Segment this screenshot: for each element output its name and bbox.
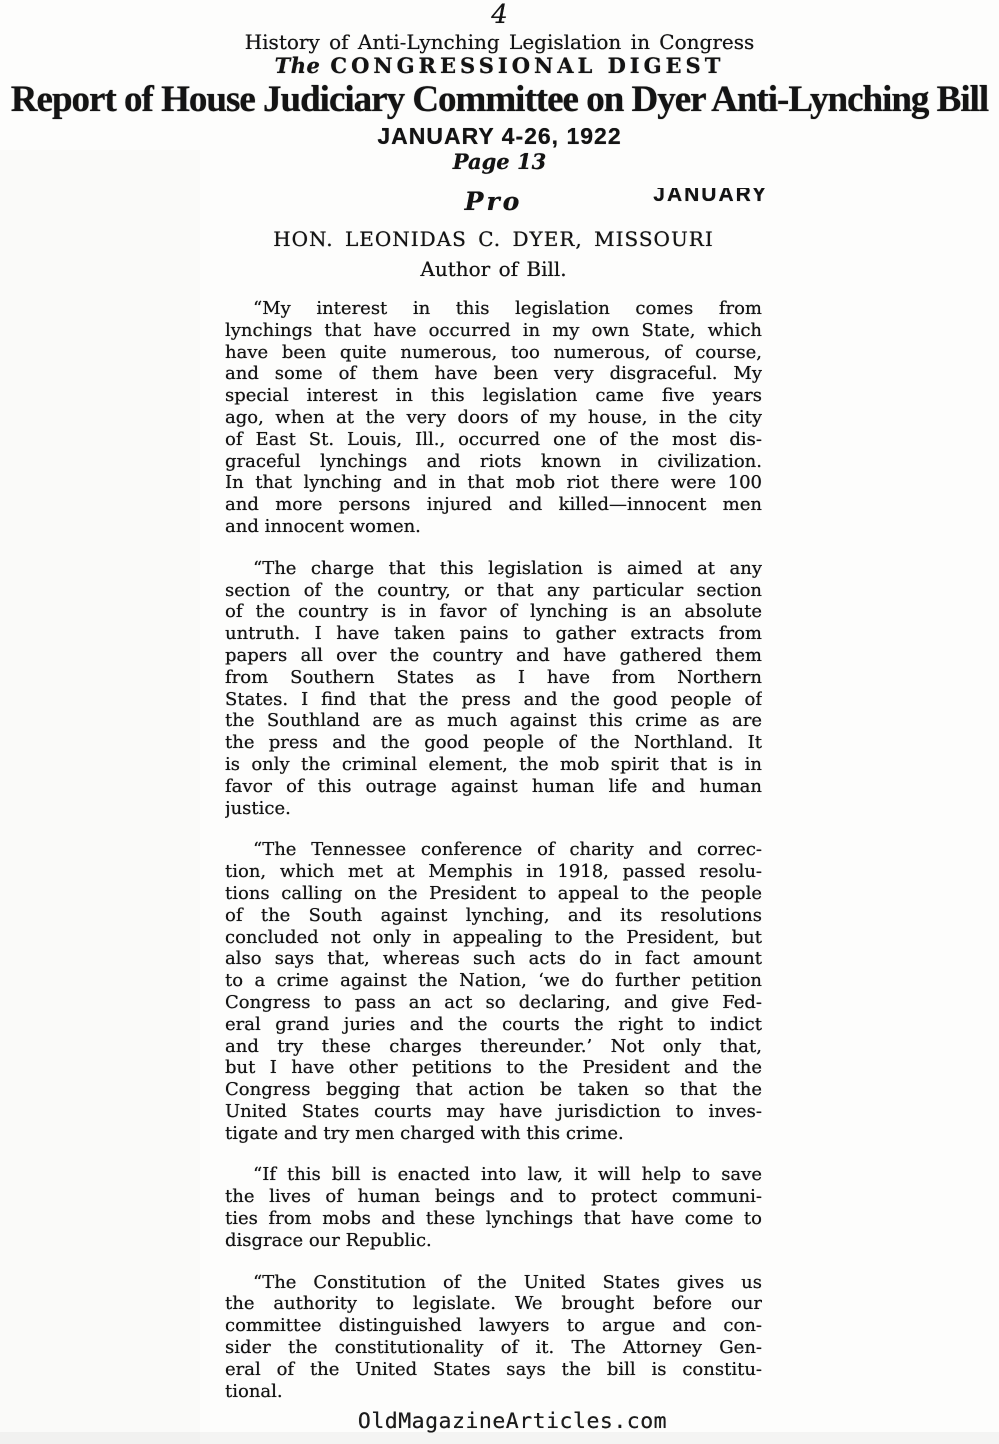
section-header-row: Pro JANUARY [225,187,762,219]
text-line: and try these charges thereunder.’ Not o… [225,1036,762,1058]
text-line: Congress begging that action be taken so… [225,1079,762,1101]
speaker-role: Author of Bill. [225,257,762,281]
text-line: eral of the United States says the bill … [225,1359,762,1381]
text-line: eral grand juries and the courts the rig… [225,1014,762,1036]
text-line: from Southern States as I have from Nort… [225,667,762,689]
text-line: the authority to legislate. We brought b… [225,1293,762,1315]
article-body: “My interest in this legislation comes f… [225,298,762,1402]
publication-line: TheCONGRESSIONAL DIGEST [0,54,999,78]
article-column: Pro JANUARY HON. LEONIDAS C. DYER, MISSO… [225,187,762,1402]
text-line: justice. [225,798,762,820]
text-line: lynchings that have occurred in my own S… [225,320,762,342]
text-line: In that lynching and in that mob riot th… [225,472,762,494]
paragraph: “My interest in this legislation comes f… [225,298,762,538]
text-line: ties from mobs and these lynchings that … [225,1208,762,1230]
date-line: JANUARY 4-26, 1922 [0,123,999,149]
text-line: of the South against lynching, and its r… [225,905,762,927]
paragraph: “The Tennessee conference of charity and… [225,839,762,1144]
text-line: United States courts may have jurisdicti… [225,1101,762,1123]
scan-shading [0,150,200,1444]
text-line: sider the constitutionality of it. The A… [225,1337,762,1359]
paragraph: “The Constitution of the United States g… [225,1272,762,1403]
text-line: and innocent women. [225,516,762,538]
article-title: Report of House Judiciary Committee on D… [0,79,999,120]
text-line: “The charge that this legislation is aim… [225,558,762,580]
page-number: 4 [0,1,999,29]
text-line: and more persons injured and killed—inno… [225,494,762,516]
text-line: committee distinguished lawyers to argue… [225,1315,762,1337]
text-line: also says that, whereas such acts do in … [225,948,762,970]
text-line: States. I find that the press and the go… [225,689,762,711]
publication-the: The [275,53,321,78]
text-line: tion, which met at Memphis in 1918, pass… [225,861,762,883]
text-line: but I have other petitions to the Presid… [225,1057,762,1079]
scanned-document-page: 4 History of Anti-Lynching Legislation i… [0,0,999,1444]
text-line: special interest in this legislation cam… [225,385,762,407]
paragraph: “If this bill is enacted into law, it wi… [225,1164,762,1251]
text-line: tigate and try men charged with this cri… [225,1123,762,1145]
text-line: section of the country, or that any part… [225,580,762,602]
text-line: of the country is in favor of lynching i… [225,601,762,623]
text-line: “My interest in this legislation comes f… [225,298,762,320]
text-line: ago, when at the very doors of my house,… [225,407,762,429]
text-line: tional. [225,1381,762,1403]
text-line: untruth. I have taken pains to gather ex… [225,623,762,645]
text-line: concluded not only in appealing to the P… [225,927,762,949]
text-line: and some of them have been very disgrace… [225,363,762,385]
page-reference: Page 13 [0,150,999,173]
paragraph: “The charge that this legislation is aim… [225,558,762,820]
text-line: the lives of human beings and to protect… [225,1186,762,1208]
speaker-name: HON. LEONIDAS C. DYER, MISSOURI [225,227,762,252]
text-line: “The Constitution of the United States g… [225,1272,762,1294]
text-line: of East St. Louis, Ill., occurred one of… [225,429,762,451]
text-line: disgrace our Republic. [225,1230,762,1252]
text-line: to a crime against the Nation, ‘we do fu… [225,970,762,992]
text-line: favor of this outrage against human life… [225,776,762,798]
publication-name: CONGRESSIONAL DIGEST [330,53,724,78]
text-line: have been quite numerous, too numerous, … [225,342,762,364]
text-line: tions calling on the President to appeal… [225,883,762,905]
text-line: papers all over the country and have gat… [225,645,762,667]
text-line: “If this bill is enacted into law, it wi… [225,1164,762,1186]
series-title: History of Anti-Lynching Legislation in … [0,31,999,54]
text-line: “The Tennessee conference of charity and… [225,839,762,861]
text-line: is only the criminal element, the mob sp… [225,754,762,776]
text-line: the press and the good people of the Nor… [225,732,762,754]
page-header: 4 History of Anti-Lynching Legislation i… [0,1,999,173]
text-line: Congress to pass an act so declaring, an… [225,992,762,1014]
footer-watermark-url: OldMagazineArticles.com [26,1409,999,1434]
text-line: graceful lynchings and riots known in ci… [225,451,762,473]
text-line: the Southland are as much against this c… [225,710,762,732]
